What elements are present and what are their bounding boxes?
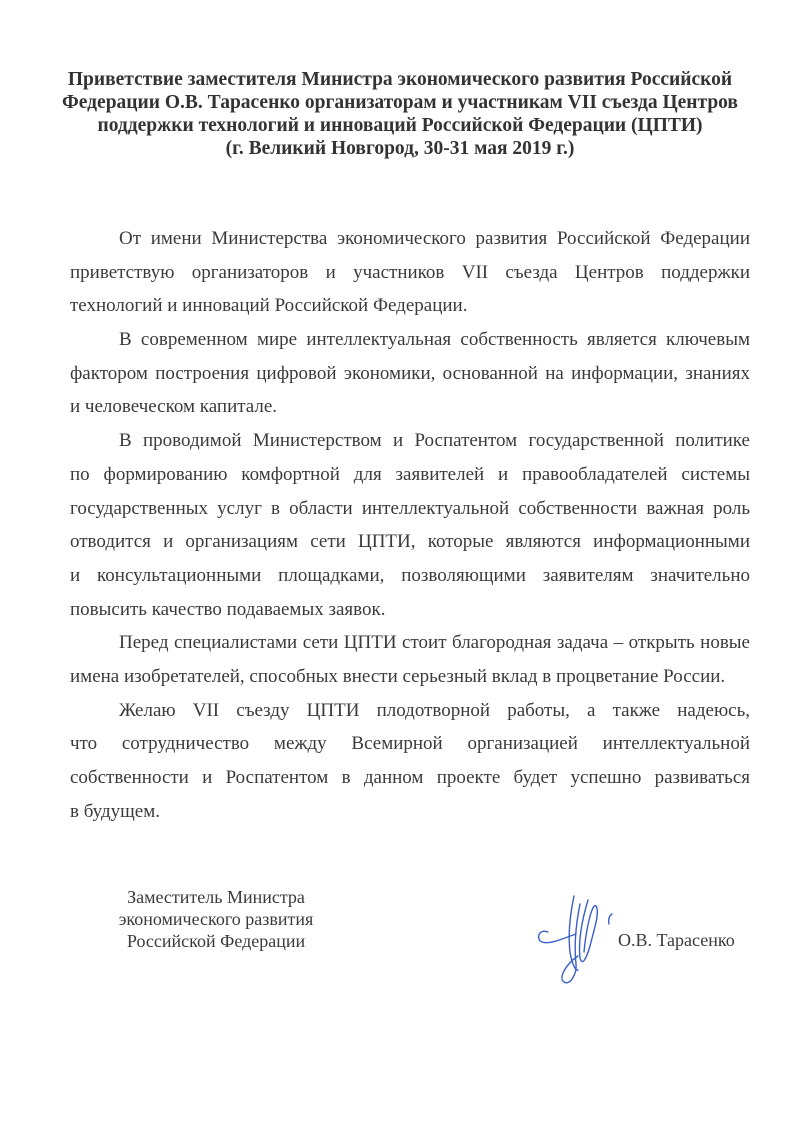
paragraph-greeting: От имени Министерства экономического раз… <box>70 222 750 323</box>
title-line: поддержки технологий и инноваций Российс… <box>60 114 740 137</box>
text-line: В проводимой Министерством и Роспатентом… <box>70 424 750 458</box>
text-line: отводится и организациям сети ЦПТИ, кото… <box>70 525 750 559</box>
text-line: повысить качество подаваемых заявок. <box>70 593 750 627</box>
position-line: Российской Федерации <box>100 930 332 952</box>
title-line: Приветствие заместителя Министра экономи… <box>60 68 740 91</box>
text-line: по формированию комфортной для заявителе… <box>70 458 750 492</box>
document-title: Приветствие заместителя Министра экономи… <box>60 68 740 160</box>
text-line: имена изобретателей, способных внести се… <box>70 660 750 694</box>
text-line: В современном мире интеллектуальная собс… <box>70 323 750 357</box>
text-line: приветствую организаторов и участников V… <box>70 256 750 290</box>
text-line: собственности и Роспатентом в данном про… <box>70 761 750 795</box>
text-line: Желаю VII съезду ЦПТИ плодотворной работ… <box>70 694 750 728</box>
text-line: От имени Министерства экономического раз… <box>70 222 750 256</box>
text-line: фактором построения цифровой экономики, … <box>70 357 750 391</box>
text-line: и человеческом капитале. <box>70 390 750 424</box>
paragraph-wishes: Желаю VII съезду ЦПТИ плодотворной работ… <box>70 694 750 829</box>
handwritten-signature-icon <box>530 890 620 990</box>
text-line: Перед специалистами сети ЦПТИ стоит благ… <box>70 626 750 660</box>
paragraph-task: Перед специалистами сети ЦПТИ стоит благ… <box>70 626 750 693</box>
text-line: и консультационными площадками, позволяю… <box>70 559 750 593</box>
text-line: государственных услуг в области интеллек… <box>70 492 750 526</box>
text-line: в будущем. <box>70 795 750 829</box>
text-line: технологий и инноваций Российской Федера… <box>70 289 750 323</box>
letter-page: Приветствие заместителя Министра экономи… <box>0 0 800 1132</box>
paragraph-policy: В проводимой Министерством и Роспатентом… <box>70 424 750 626</box>
text-line: что сотрудничество между Всемирной орган… <box>70 727 750 761</box>
letter-body: От имени Министерства экономического раз… <box>70 222 750 828</box>
signatory-position: Заместитель Министра экономического разв… <box>100 886 332 952</box>
title-line: Федерации О.В. Тарасенко организаторам и… <box>60 91 740 114</box>
paragraph-ip-role: В современном мире интеллектуальная собс… <box>70 323 750 424</box>
position-line: Заместитель Министра <box>100 886 332 908</box>
position-line: экономического развития <box>100 908 332 930</box>
title-line: (г. Великий Новгород, 30-31 мая 2019 г.) <box>60 137 740 160</box>
signer-name: О.В. Тарасенко <box>618 930 735 951</box>
